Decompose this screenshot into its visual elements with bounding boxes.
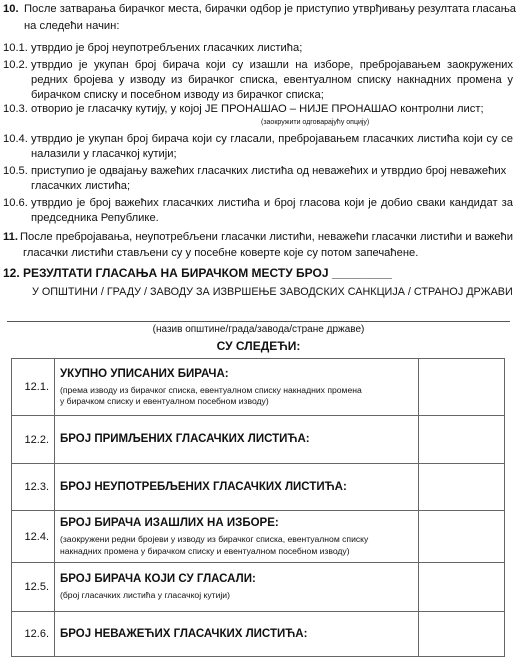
item-10-3-number: 10.3. <box>3 101 28 117</box>
value-cell-12-3[interactable] <box>419 464 505 511</box>
value-cell-12-2[interactable] <box>419 416 505 464</box>
row-subtitle-line: (према изводу из бирачког списка, евенту… <box>60 385 418 397</box>
row-title: БРОЈ НЕВАЖЕЋИХ ГЛАСАЧКИХ ЛИСТИЋА: <box>60 627 418 642</box>
row-title: БРОЈ БИРАЧА ИЗАШЛИХ НА ИЗБОРЕ: <box>60 516 418 531</box>
municipality-name-line[interactable] <box>7 321 510 322</box>
section-10-number: 10. <box>3 1 19 17</box>
item-10-4-number: 10.4. <box>3 131 28 147</box>
section-10-line-1: После затварања бирачког места, бирачки … <box>24 1 513 17</box>
row-number: 12.6. <box>12 612 55 657</box>
row-subtitle: (број гласачких листића у гласачкој кути… <box>60 590 418 602</box>
row-label: БРОЈ ПРИМЉЕНИХ ГЛАСАЧКИХ ЛИСТИЋА: <box>55 416 419 464</box>
row-title: БРОЈ БИРАЧА КОЈИ СУ ГЛАСАЛИ: <box>60 572 418 587</box>
row-label: УКУПНО УПИСАНИХ БИРАЧА: (према изводу из… <box>55 359 419 416</box>
item-10-6-line-2: председника Републике. <box>31 210 159 226</box>
row-subtitle: (заокружени редни бројеви у изводу из би… <box>60 534 418 557</box>
section-12-subheading: У ОПШТИНИ / ГРАДУ / ЗАВОДУ ЗА ИЗВРШЕЊЕ З… <box>32 284 513 300</box>
item-10-4-line-1: утврдио је укупан број бирача који су гл… <box>31 131 513 147</box>
item-10-5-number: 10.5. <box>3 163 28 179</box>
item-10-2-line-2: редних бројева у изводу из бирачког спис… <box>31 72 513 88</box>
row-title: БРОЈ НЕУПОТРЕБЉЕНИХ ГЛАСАЧКИХ ЛИСТИЋА: <box>60 480 418 495</box>
table-row: 12.3. БРОЈ НЕУПОТРЕБЉЕНИХ ГЛАСАЧКИХ ЛИСТ… <box>12 464 505 511</box>
row-label: БРОЈ НЕУПОТРЕБЉЕНИХ ГЛАСАЧКИХ ЛИСТИЋА: <box>55 464 419 511</box>
row-number: 12.3. <box>12 464 55 511</box>
row-number: 12.1. <box>12 359 55 416</box>
section-11-line-2: гласачки листићи стављени су у посебне к… <box>23 245 418 261</box>
table-row: 12.6. БРОЈ НЕВАЖЕЋИХ ГЛАСАЧКИХ ЛИСТИЋА: <box>12 612 505 657</box>
row-subtitle-line: накнадних промена у бирачком списку и ев… <box>60 546 418 558</box>
results-table: 12.1. УКУПНО УПИСАНИХ БИРАЧА: (према изв… <box>11 358 505 657</box>
item-10-6-line-1: утврдио је број важећих гласачких листић… <box>31 195 513 211</box>
table-row: 12.1. УКУПНО УПИСАНИХ БИРАЧА: (према изв… <box>12 359 505 416</box>
row-subtitle-line: у бирачком списку и евентуалном посебном… <box>60 396 418 408</box>
item-10-3-note: (заокружити одговарајућу опцију) <box>261 118 369 127</box>
item-10-1-number: 10.1. <box>3 40 28 56</box>
row-number: 12.4. <box>12 511 55 563</box>
municipality-line-caption: (назив општине/града/завода/стране држав… <box>0 323 517 336</box>
row-subtitle-line: (заокружени редни бројеви у изводу из би… <box>60 534 418 546</box>
section-10-line-2: на следећи начин: <box>24 18 119 34</box>
section-12-heading: 12. РЕЗУЛТАТИ ГЛАСАЊА НА БИРАЧКОМ МЕСТУ … <box>3 265 392 281</box>
section-11-number: 11. <box>3 229 18 245</box>
item-10-2-line-1: утврдио је укупан број бирача који су из… <box>31 57 513 73</box>
row-subtitle: (према изводу из бирачког списка, евенту… <box>60 385 418 408</box>
row-subtitle-line: (број гласачких листића у гласачкој кути… <box>60 590 418 602</box>
table-row: 12.5. БРОЈ БИРАЧА КОЈИ СУ ГЛАСАЛИ: (број… <box>12 563 505 612</box>
section-11-line-1: После пребројавања, неупотребљени гласач… <box>20 229 513 245</box>
row-title: БРОЈ ПРИМЉЕНИХ ГЛАСАЧКИХ ЛИСТИЋА: <box>60 432 418 447</box>
row-label: БРОЈ БИРАЧА ИЗАШЛИХ НА ИЗБОРЕ: (заокруже… <box>55 511 419 563</box>
row-title: УКУПНО УПИСАНИХ БИРАЧА: <box>60 367 418 382</box>
row-number: 12.5. <box>12 563 55 612</box>
are-following-heading: СУ СЛЕДЕЋИ: <box>0 338 517 354</box>
row-label: БРОЈ НЕВАЖЕЋИХ ГЛАСАЧКИХ ЛИСТИЋА: <box>55 612 419 657</box>
value-cell-12-4[interactable] <box>419 511 505 563</box>
value-cell-12-5[interactable] <box>419 563 505 612</box>
value-cell-12-6[interactable] <box>419 612 505 657</box>
value-cell-12-1[interactable] <box>419 359 505 416</box>
item-10-2-number: 10.2. <box>3 57 28 73</box>
item-10-6-number: 10.6. <box>3 195 28 211</box>
table-row: 12.2. БРОЈ ПРИМЉЕНИХ ГЛАСАЧКИХ ЛИСТИЋА: <box>12 416 505 464</box>
item-10-5-line-1: приступио је одвајању важећих гласачких … <box>31 163 506 179</box>
table-row: 12.4. БРОЈ БИРАЧА ИЗАШЛИХ НА ИЗБОРЕ: (за… <box>12 511 505 563</box>
row-number: 12.2. <box>12 416 55 464</box>
item-10-3-text: отворио је гласачку кутију, у којој ЈЕ П… <box>31 101 484 117</box>
item-10-5-line-2: гласачких листића; <box>31 178 130 194</box>
row-label: БРОЈ БИРАЧА КОЈИ СУ ГЛАСАЛИ: (број гласа… <box>55 563 419 612</box>
item-10-1-text: утврдио је број неупотребљених гласачких… <box>31 40 302 56</box>
item-10-4-line-2: налазили у гласачкој кутији; <box>31 146 177 162</box>
